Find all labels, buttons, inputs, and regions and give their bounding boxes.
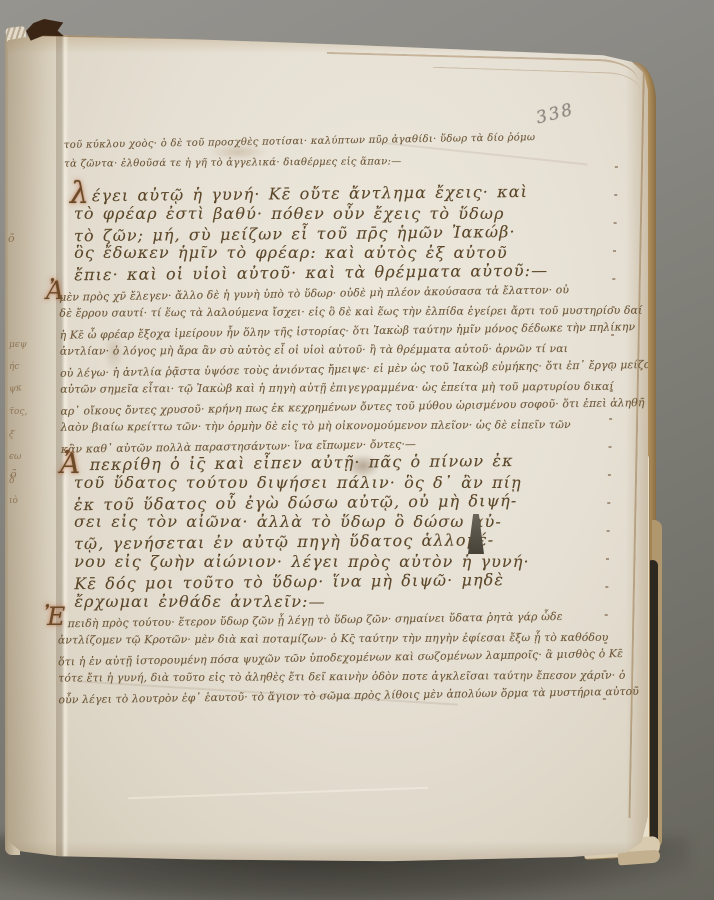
margin-omicron-mark: ȏ <box>10 468 17 481</box>
commentary-block-1: μὲν πρὸς χν̄ ἔλεγεν· ἄλλο δὲ ἡ γυνὴ ὑπὸ … <box>59 280 694 458</box>
text-line: Κε̄ δός μοι τοῦτο τὸ ὕδωρ· ἵνα μὴ διψῶ· … <box>74 570 530 594</box>
text-line: τῷ, γενήσεται ἐν αὐτῷ πηγὴ ὕδατος ἁλλομέ… <box>74 530 530 554</box>
text-line: ὃς ἔδωκεν ἡμῖν τὸ φρέαρ: καὶ αὐτὸς ἐξ αὐ… <box>74 243 548 263</box>
margin-omicron-mark: ō <box>8 232 15 245</box>
manuscript-page: 338 μϵψ ήϲ ψκ τ̃ος, ξ ϵω ὅ ιὸ ō ȏ τοῦ κύ… <box>8 32 648 862</box>
gutter-gloss-fragment: μϵψ <box>9 340 27 350</box>
gutter-gloss-fragment: ιὸ <box>9 496 18 506</box>
text-line: σει εἰς τὸν αἰῶνα· ἀλλὰ τὸ ὕδωρ ὃ δώσω α… <box>74 512 529 532</box>
gospel-text-block-1: έγει αὐτῷ ἡ γυνή· Κε̄ οὔτε ἄντλημα ἔχεις… <box>74 183 549 284</box>
gospel-text-block-2: πεκρίθη ὁ ἰς̄ καὶ εἶπεν αὐτῇ· πᾶς ὁ πίνω… <box>74 452 530 613</box>
text-line: νου εἰς ζωὴν αἰώνιον· λέγει πρὸς αὐτὸν ἡ… <box>74 552 529 572</box>
top-gloss-block: τοῦ κύκλου χοὸς· ὁ δὲ τοῦ προσχθὲς ποτίσ… <box>64 129 536 176</box>
leaf-edge-line-3 <box>431 67 640 115</box>
text-line: τὰ ζῶντα· ἐλθοῦσά τε ἡ γῆ τὸ ἀγγελικά· δ… <box>64 151 536 175</box>
text-line: ἐκ τοῦ ὕδατος οὗ ἐγὼ δώσω αὐτῷ, οὐ μὴ δι… <box>74 490 530 514</box>
photo-background: 338 μϵψ ήϲ ψκ τ̃ος, ξ ϵω ὅ ιὸ ō ȏ τοῦ κύ… <box>0 0 714 900</box>
text-line: τὸ φρέαρ ἐστὶ βαθύ· πόθεν οὖν ἔχεις τὸ ὕ… <box>74 204 548 224</box>
text-line: πεκρίθη ὁ ἰς̄ καὶ εἶπεν αὐτῇ· πᾶς ὁ πίνω… <box>74 451 530 475</box>
gutter-gloss-fragment: τ̃ος, <box>9 407 27 417</box>
gutter-gloss-fragment: ήϲ <box>9 362 19 372</box>
gutter-gloss-fragment: ϵω <box>9 452 21 462</box>
commentary-block-2: πειδὴ πρὸς τούτου· ἕτερον ὕδωρ ζῶν ᾗ λέγ… <box>58 607 640 708</box>
text-line: τοῦ ὕδατος τούτου διψήσει πάλιν· ὃς δ᾽ ἂ… <box>74 473 529 493</box>
text-line: έγει αὐτῷ ἡ γυνή· Κε̄ οὔτε ἄντλημα ἔχεις… <box>74 182 548 206</box>
gutter-gloss-fragment: ψκ <box>8 383 22 395</box>
